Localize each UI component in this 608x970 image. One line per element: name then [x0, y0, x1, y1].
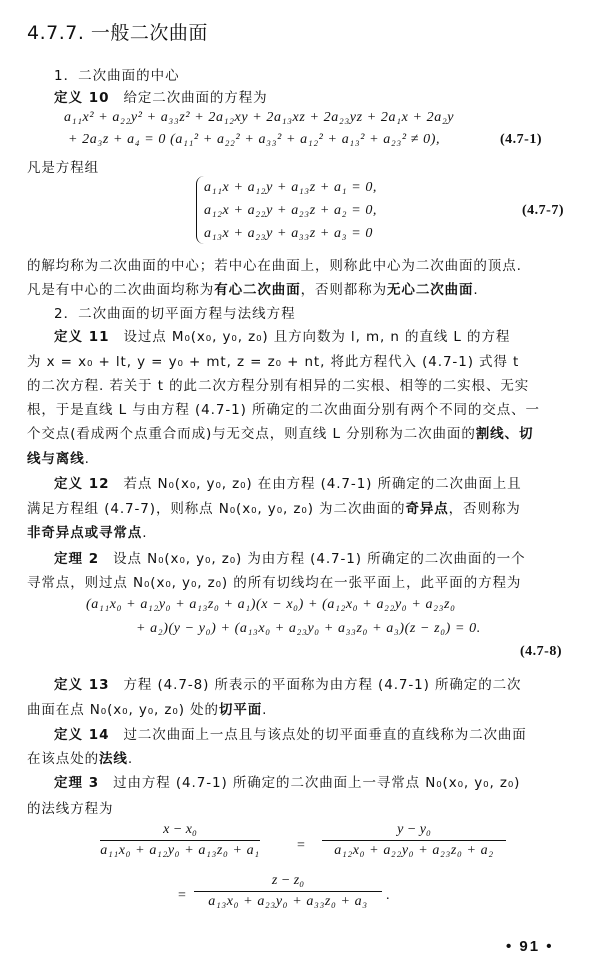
text-span: .: [128, 751, 133, 767]
term-singular-point: 奇异点: [405, 501, 448, 517]
equation-number-4-7-1: (4.7-1): [500, 132, 542, 148]
text-span: 过由方程 (4.7-1) 所确定的二次曲面上一寻常点 N₀(x₀, y₀, z₀…: [113, 775, 520, 791]
equation-number-4-7-8: (4.7-8): [520, 644, 562, 660]
definition-11-line6: 线与离线.: [27, 447, 90, 467]
fraction-y-denominator: a₁₂x₀ + a₂₂y₀ + a₂₃z₀ + a₂: [334, 841, 494, 859]
text-span: 若点 N₀(x₀, y₀, z₀) 在由方程 (4.7-1) 所确定的二次曲面上…: [124, 476, 522, 492]
term-noncentral-quadric: 无心二次曲面: [387, 282, 473, 298]
theorem-2-line1: 定理 2设点 N₀(x₀, y₀, z₀) 为由方程 (4.7-1) 所确定的二…: [54, 547, 526, 567]
term-tangent-external: 线与离线: [27, 451, 85, 467]
term-central-quadric: 有心二次曲面: [214, 282, 300, 298]
fraction-y: y − y₀ a₁₂x₀ + a₂₂y₀ + a₂₃z₀ + a₂: [322, 822, 506, 859]
fraction-x: x − x₀ a₁₁x₀ + a₁₂y₀ + a₁₃z₀ + a₁: [100, 822, 260, 859]
system-row-2: a₁₂x + a₂₂y + a₂₃z + a₂ = 0,: [204, 203, 377, 219]
theorem-3-line2: 的法线方程为: [27, 797, 113, 817]
definition-11-line1: 定义 11设过点 M₀(x₀, y₀, z₀) 且方向数为 l, m, n 的直…: [54, 325, 510, 345]
text-span: 设过点 M₀(x₀, y₀, z₀) 且方向数为 l, m, n 的直线 L 的…: [124, 329, 511, 345]
text-span: 曲面在点 N₀(x₀, y₀, z₀) 处的: [27, 702, 219, 718]
theorem-3-line1: 定理 3过由方程 (4.7-1) 所确定的二次曲面上一寻常点 N₀(x₀, y₀…: [54, 771, 520, 791]
text-span: 设点 N₀(x₀, y₀, z₀) 为由方程 (4.7-1) 所确定的二次曲面的…: [113, 551, 525, 567]
text-span: .: [473, 282, 478, 298]
fraction-y-numerator: y − y₀: [397, 822, 431, 840]
definition-11-label: 定义 11: [54, 329, 110, 345]
textbook-page: 4.7.7. 一般二次曲面 1．二次曲面的中心 定义 10给定二次曲面的方程为 …: [0, 0, 608, 970]
theorem-3-label: 定理 3: [54, 775, 99, 791]
fraction-x-denominator: a₁₁x₀ + a₁₂y₀ + a₁₃z₀ + a₁: [100, 841, 260, 859]
equals-sign-2: =: [178, 888, 187, 904]
text-span: 过二次曲面上一点且与该点处的切平面垂直的直线称为二次曲面: [124, 727, 527, 743]
text-span: 满足方程组 (4.7-7)，则称点 N₀(x₀, y₀, z₀) 为二次曲面的: [27, 501, 405, 517]
fraction-z: z − z₀ a₁₃x₀ + a₂₃y₀ + a₃₃z₀ + a₃: [194, 873, 382, 910]
definition-11-line5: 个交点(看成两个点重合而成)与无交点，则直线 L 分别称为二次曲面的割线、切: [27, 422, 533, 442]
system-row-1: a₁₁x + a₁₂y + a₁₃z + a₁ = 0,: [204, 180, 377, 196]
page-number: • 91 •: [506, 938, 554, 955]
term-tangent-plane: 切平面: [219, 702, 262, 718]
text-span: ，否则都称为: [301, 282, 387, 298]
definition-13-label: 定义 13: [54, 677, 110, 693]
definition-12-line3: 非奇异点或寻常点.: [27, 521, 147, 541]
text-span: .: [142, 525, 147, 541]
definition-11-line3: 的二次方程. 若关于 t 的此二次方程分别有相异的二实根、相等的二实根、无实: [27, 374, 529, 394]
definition-10: 定义 10给定二次曲面的方程为: [54, 86, 268, 106]
definition-11-line2: 为 x = x₀ + lt, y = y₀ + mt, z = z₀ + nt,…: [27, 350, 519, 370]
text-span: 在该点处的: [27, 751, 99, 767]
definition-12-line1: 定义 12若点 N₀(x₀, y₀, z₀) 在由方程 (4.7-1) 所确定的…: [54, 472, 522, 492]
definition-11-line4: 根，于是直线 L 与由方程 (4.7-1) 所确定的二次曲面分别有两个不同的交点…: [27, 398, 540, 418]
subsection-heading-2: 2．二次曲面的切平面方程与法线方程: [54, 302, 296, 322]
fraction-x-numerator: x − x₀: [163, 822, 197, 840]
system-intro: 凡是方程组: [27, 156, 99, 176]
fraction-z-denominator: a₁₃x₀ + a₂₃y₀ + a₃₃z₀ + a₃: [208, 892, 368, 910]
term-nonsingular-point: 非奇异点或寻常点: [27, 525, 142, 541]
equation-4-7-1-line2: + 2a₃z + a₄ = 0 (a₁₁² + a₂₂² + a₃₃² + a₁…: [68, 132, 440, 148]
equation-4-7-1-line1: a₁₁x² + a₂₂y² + a₃₃z² + 2a₁₂xy + 2a₁₃xz …: [64, 110, 454, 126]
text-span: 个交点(看成两个点重合而成)与无交点，则直线 L 分别称为二次曲面的: [27, 426, 476, 442]
definition-14-line2: 在该点处的法线.: [27, 747, 133, 767]
term-secant-tangent: 割线、切: [476, 426, 534, 442]
definition-14-label: 定义 14: [54, 727, 110, 743]
definition-12-line2: 满足方程组 (4.7-7)，则称点 N₀(x₀, y₀, z₀) 为二次曲面的奇…: [27, 497, 521, 517]
subsection-heading-1: 1．二次曲面的中心: [54, 64, 180, 84]
center-text-line1: 的解均称为二次曲面的中心；若中心在曲面上，则称此中心为二次曲面的顶点.: [27, 254, 522, 274]
equation-4-7-8-line1: (a₁₁x₀ + a₁₂y₀ + a₁₃z₀ + a₁)(x − x₀) + (…: [86, 597, 456, 613]
system-row-3: a₁₃x + a₂₃y + a₃₃z + a₃ = 0: [204, 226, 373, 242]
text-span: 凡是有中心的二次曲面均称为: [27, 282, 214, 298]
equation-4-7-8-line2: + a₂)(y − y₀) + (a₁₃x₀ + a₂₃y₀ + a₃₃z₀ +…: [136, 621, 481, 637]
text-span: .: [262, 702, 267, 718]
definition-10-text: 给定二次曲面的方程为: [124, 90, 268, 106]
section-title: 4.7.7. 一般二次曲面: [27, 18, 208, 45]
definition-12-label: 定义 12: [54, 476, 110, 492]
text-span: .: [85, 451, 90, 467]
equation-number-4-7-7: (4.7-7): [522, 203, 564, 219]
definition-14-line1: 定义 14过二次曲面上一点且与该点处的切平面垂直的直线称为二次曲面: [54, 723, 527, 743]
theorem-2-label: 定理 2: [54, 551, 99, 567]
text-span: ，否则称为: [449, 501, 521, 517]
center-text-line2: 凡是有中心的二次曲面均称为有心二次曲面，否则都称为无心二次曲面.: [27, 278, 479, 298]
term-normal-line: 法线: [99, 751, 128, 767]
definition-13-line2: 曲面在点 N₀(x₀, y₀, z₀) 处的切平面.: [27, 698, 267, 718]
text-span: 方程 (4.7-8) 所表示的平面称为由方程 (4.7-1) 所确定的二次: [124, 677, 522, 693]
definition-10-label: 定义 10: [54, 90, 110, 106]
equals-sign: =: [297, 838, 306, 854]
fraction-z-numerator: z − z₀: [272, 873, 304, 891]
theorem-2-line2: 寻常点，则过点 N₀(x₀, y₀, z₀) 的所有切线均在一张平面上，此平面的…: [27, 571, 521, 591]
definition-13-line1: 定义 13方程 (4.7-8) 所表示的平面称为由方程 (4.7-1) 所确定的…: [54, 673, 521, 693]
end-punctuation: .: [386, 888, 390, 904]
